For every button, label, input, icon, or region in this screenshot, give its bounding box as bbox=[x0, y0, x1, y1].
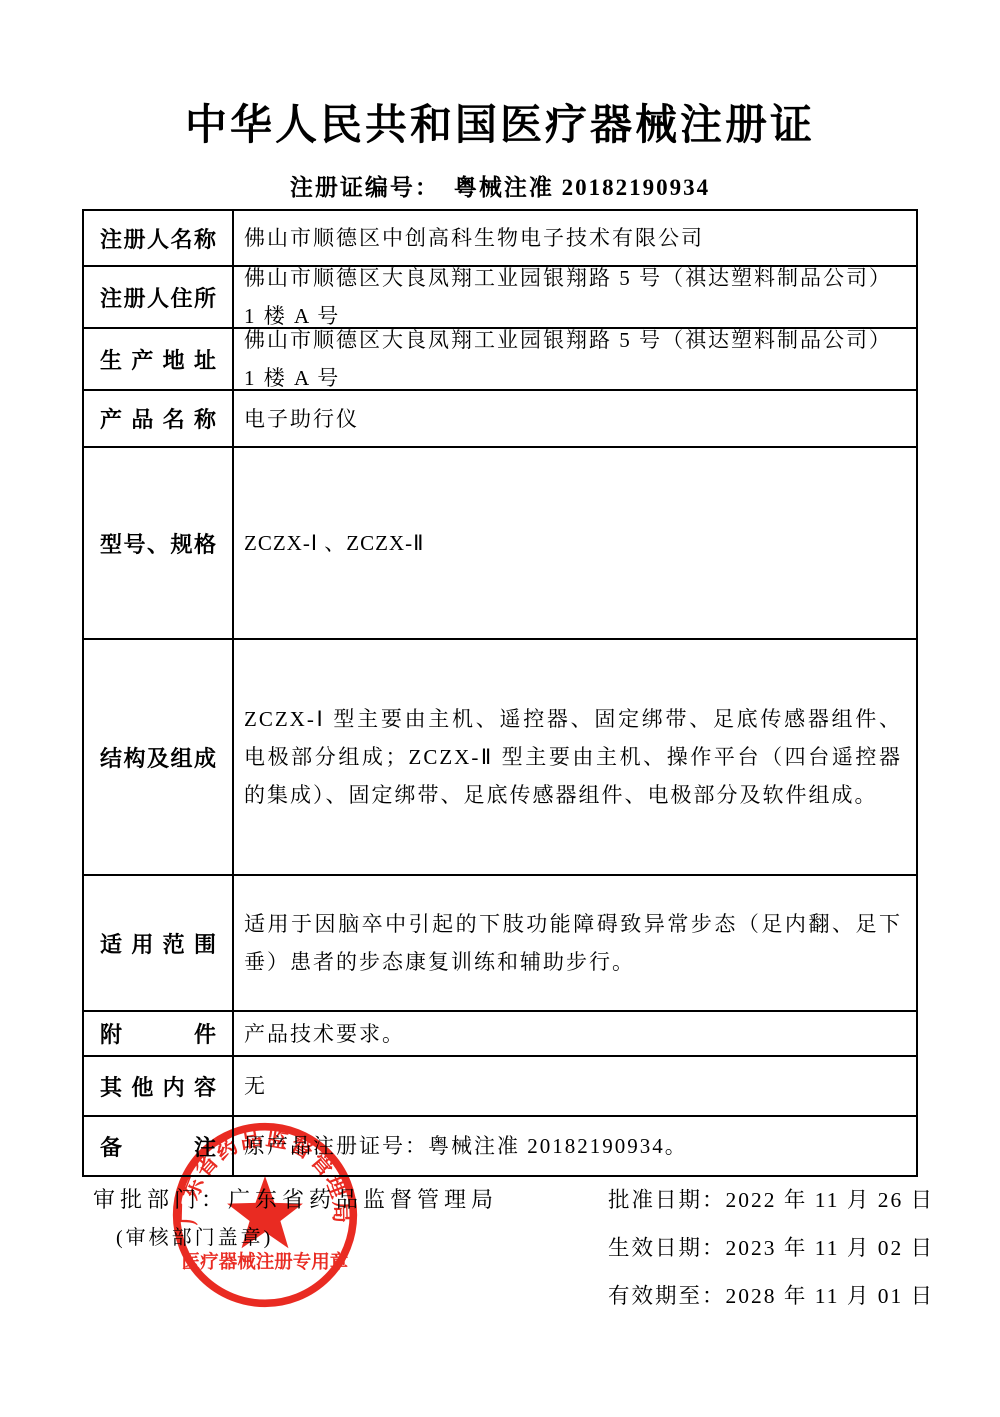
cert-number-value: 粤械注准 20182190934 bbox=[454, 175, 710, 200]
table-row-other-content: 其他内容 无 bbox=[84, 1057, 916, 1117]
row-label: 产品名称 bbox=[84, 391, 234, 446]
table-row-registrant-address: 注册人住所 佛山市顺德区大良凤翔工业园银翔路 5 号（祺达塑料制品公司）1 楼 … bbox=[84, 267, 916, 329]
table-row-product-name: 产品名称 电子助行仪 bbox=[84, 391, 916, 448]
row-label: 注册人住所 bbox=[84, 267, 234, 327]
table-row-intended-use: 适用范围 适用于因脑卒中引起的下肢功能障碍致异常步态（足内翻、足下垂）患者的步态… bbox=[84, 876, 916, 1012]
row-value: ZCZX-Ⅰ 型主要由主机、遥控器、固定绑带、足底传感器组件、电极部分组成；ZC… bbox=[234, 640, 916, 874]
row-value: 电子助行仪 bbox=[234, 391, 916, 446]
row-label: 结构及组成 bbox=[84, 640, 234, 874]
seal-note: (审核部门盖章) bbox=[116, 1221, 273, 1250]
effective-date-value: 2023 年 11 月 02 日 bbox=[726, 1236, 935, 1260]
approval-department-label: 审批部门： bbox=[93, 1187, 228, 1212]
expiry-date-line: 有效期至：2028 年 11 月 01 日 bbox=[608, 1279, 934, 1310]
row-value: 佛山市顺德区大良凤翔工业园银翔路 5 号（祺达塑料制品公司）1 楼 A 号 bbox=[234, 329, 916, 389]
effective-date-label: 生效日期： bbox=[608, 1236, 726, 1260]
expiry-date-label: 有效期至： bbox=[608, 1284, 726, 1308]
row-value: 佛山市顺德区中创高科生物电子技术有限公司 bbox=[234, 211, 916, 265]
row-label: 附件 bbox=[84, 1012, 234, 1055]
row-value: 原产品注册证号：粤械注准 20182190934。 bbox=[234, 1117, 916, 1175]
table-row-remarks: 备注 原产品注册证号：粤械注准 20182190934。 bbox=[84, 1117, 916, 1175]
row-label: 其他内容 bbox=[84, 1057, 234, 1115]
cert-number-line: 注册证编号：粤械注准 20182190934 bbox=[0, 169, 1000, 202]
approval-department-value: 广东省药品监督管理局 bbox=[228, 1187, 498, 1212]
approval-date-value: 2022 年 11 月 26 日 bbox=[726, 1188, 935, 1212]
table-row-model-spec: 型号、规格 ZCZX-Ⅰ 、ZCZX-Ⅱ bbox=[84, 448, 916, 640]
approval-date-label: 批准日期： bbox=[608, 1188, 726, 1212]
approval-department-line: 审批部门：广东省药品监督管理局 bbox=[93, 1183, 498, 1214]
table-row-attachment: 附件 产品技术要求。 bbox=[84, 1012, 916, 1057]
page-title: 中华人民共和国医疗器械注册证 bbox=[0, 92, 1000, 152]
row-label: 注册人名称 bbox=[84, 211, 234, 265]
approval-date-line: 批准日期：2022 年 11 月 26 日 bbox=[608, 1183, 934, 1214]
row-label: 生产地址 bbox=[84, 329, 234, 389]
effective-date-line: 生效日期：2023 年 11 月 02 日 bbox=[608, 1231, 934, 1262]
row-value: 无 bbox=[234, 1057, 916, 1115]
row-label: 型号、规格 bbox=[84, 448, 234, 638]
row-label: 适用范围 bbox=[84, 876, 234, 1010]
table-row-production-address: 生产地址 佛山市顺德区大良凤翔工业园银翔路 5 号（祺达塑料制品公司）1 楼 A… bbox=[84, 329, 916, 391]
certificate-page: 中华人民共和国医疗器械注册证 注册证编号：粤械注准 20182190934 注册… bbox=[0, 0, 1000, 1417]
certificate-table: 注册人名称 佛山市顺德区中创高科生物电子技术有限公司 注册人住所 佛山市顺德区大… bbox=[82, 209, 918, 1177]
date-block: 批准日期：2022 年 11 月 26 日 生效日期：2023 年 11 月 0… bbox=[608, 1183, 934, 1327]
row-label: 备注 bbox=[84, 1117, 234, 1175]
expiry-date-value: 2028 年 11 月 01 日 bbox=[726, 1284, 935, 1308]
row-value: ZCZX-Ⅰ 、ZCZX-Ⅱ bbox=[234, 448, 916, 638]
table-row-structure-composition: 结构及组成 ZCZX-Ⅰ 型主要由主机、遥控器、固定绑带、足底传感器组件、电极部… bbox=[84, 640, 916, 876]
row-value: 适用于因脑卒中引起的下肢功能障碍致异常步态（足内翻、足下垂）患者的步态康复训练和… bbox=[234, 876, 916, 1010]
stamp-bottom-text: 医疗器械注册专用章 bbox=[182, 1251, 349, 1272]
row-value: 产品技术要求。 bbox=[234, 1012, 916, 1055]
row-value: 佛山市顺德区大良凤翔工业园银翔路 5 号（祺达塑料制品公司）1 楼 A 号 bbox=[234, 267, 916, 327]
cert-number-label: 注册证编号： bbox=[290, 175, 440, 200]
